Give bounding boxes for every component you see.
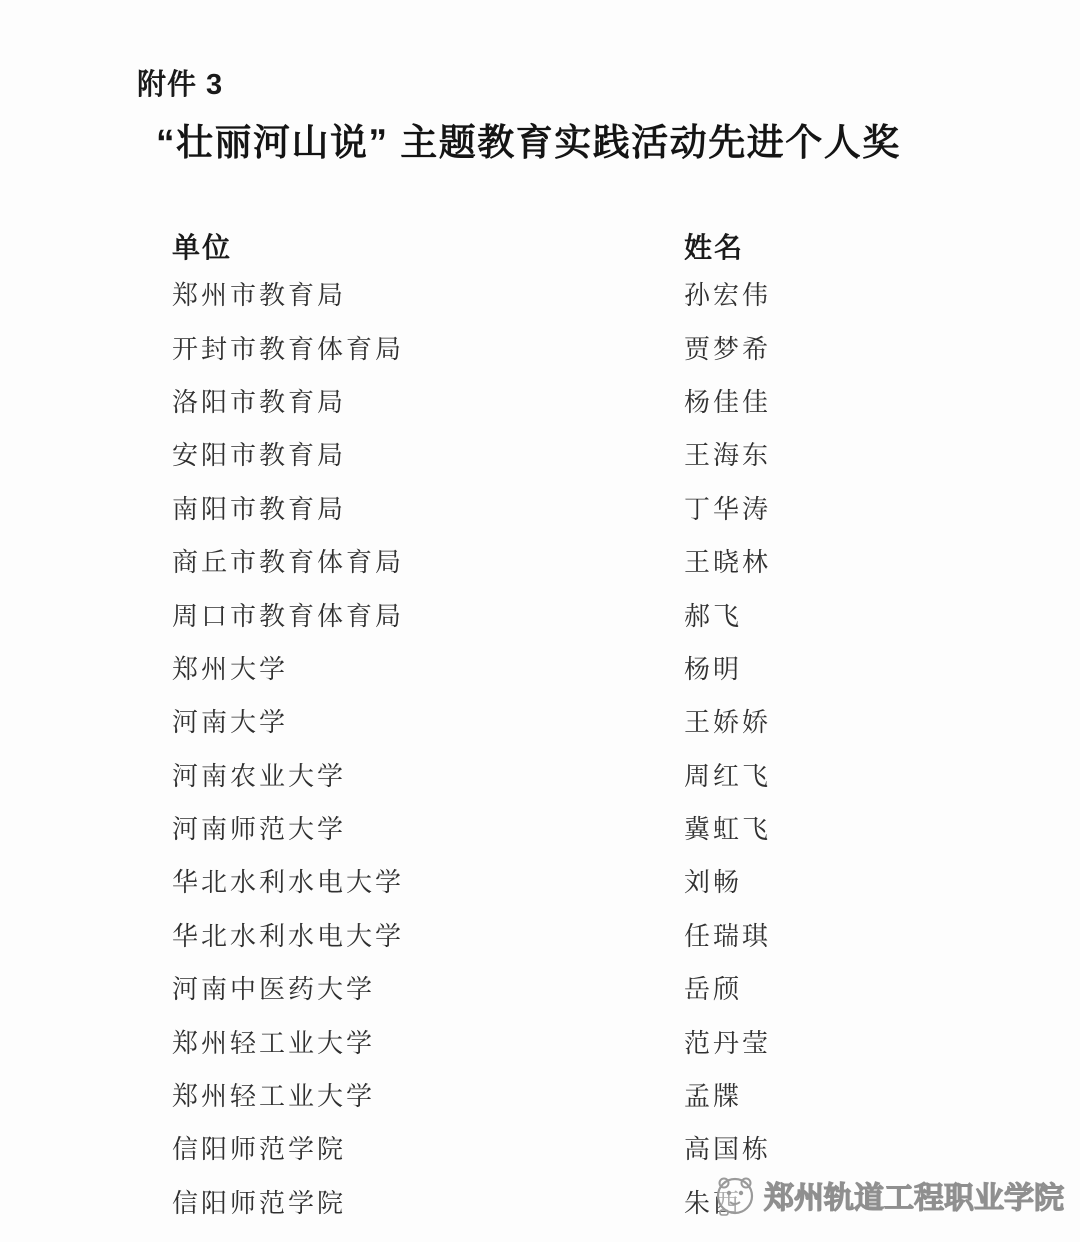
table-row: 洛阳市教育局 杨佳佳 — [172, 374, 1032, 427]
table-row: 商丘市教育体育局 王晓林 — [172, 534, 1032, 587]
name-cell: 王海东 — [684, 435, 1032, 472]
name-cell: 丁华涛 — [684, 489, 1032, 526]
table-row: 华北水利水电大学 刘畅 — [172, 854, 1032, 907]
name-cell: 周红飞 — [684, 756, 1032, 793]
table-header-row: 单位 姓名 — [172, 226, 992, 266]
table-row: 信阳师范学院 朱西 — [172, 1175, 1032, 1228]
unit-cell: 郑州轻工业大学 — [172, 1023, 684, 1060]
name-cell: 王娇娇 — [684, 702, 1032, 739]
unit-cell: 信阳师范学院 — [172, 1183, 684, 1220]
unit-cell: 河南中医药大学 — [172, 969, 684, 1006]
column-header-name: 姓名 — [684, 226, 992, 266]
unit-cell: 安阳市教育局 — [172, 435, 684, 472]
name-cell: 刘畅 — [684, 862, 1032, 899]
table-row: 周口市教育体育局 郝飞 — [172, 587, 1032, 640]
table-row: 信阳师范学院 高国栋 — [172, 1121, 1032, 1174]
attachment-label: 附件 3 — [137, 62, 223, 103]
name-cell: 郝飞 — [684, 596, 1032, 633]
unit-cell: 华北水利水电大学 — [172, 916, 684, 953]
unit-cell: 郑州大学 — [172, 649, 684, 686]
unit-cell: 河南师范大学 — [172, 809, 684, 846]
name-cell: 贾梦希 — [684, 329, 1032, 366]
unit-cell: 南阳市教育局 — [172, 489, 684, 526]
table-row: 郑州轻工业大学 孟牒 — [172, 1068, 1032, 1121]
awards-table: 郑州市教育局 孙宏伟 开封市教育体育局 贾梦希 洛阳市教育局 杨佳佳 安阳市教育… — [172, 267, 1032, 1228]
table-row: 郑州轻工业大学 范丹莹 — [172, 1014, 1032, 1067]
unit-cell: 周口市教育体育局 — [172, 596, 684, 633]
name-cell: 孟牒 — [684, 1076, 1032, 1113]
table-row: 河南中医药大学 岳颀 — [172, 961, 1032, 1014]
unit-cell: 河南农业大学 — [172, 756, 684, 793]
table-row: 郑州市教育局 孙宏伟 — [172, 267, 1032, 320]
name-cell: 冀虹飞 — [684, 809, 1032, 846]
name-cell: 孙宏伟 — [684, 275, 1032, 312]
table-row: 安阳市教育局 王海东 — [172, 427, 1032, 480]
table-row: 河南师范大学 冀虹飞 — [172, 801, 1032, 854]
document-page: 附件 3 “壮丽河山说” 主题教育实践活动先进个人奖 单位 姓名 郑州市教育局 … — [0, 0, 1080, 1242]
name-cell: 杨明 — [684, 649, 1032, 686]
unit-cell: 华北水利水电大学 — [172, 862, 684, 899]
name-cell: 朱西 — [684, 1183, 1032, 1220]
table-row: 南阳市教育局 丁华涛 — [172, 481, 1032, 534]
unit-cell: 洛阳市教育局 — [172, 382, 684, 419]
unit-cell: 商丘市教育体育局 — [172, 542, 684, 579]
unit-cell: 河南大学 — [172, 702, 684, 739]
table-row: 开封市教育体育局 贾梦希 — [172, 320, 1032, 373]
table-row: 河南农业大学 周红飞 — [172, 748, 1032, 801]
table-row: 华北水利水电大学 任瑞琪 — [172, 908, 1032, 961]
name-cell: 任瑞琪 — [684, 916, 1032, 953]
column-header-unit: 单位 — [172, 226, 684, 266]
table-row: 河南大学 王娇娇 — [172, 694, 1032, 747]
page-title: “壮丽河山说” 主题教育实践活动先进个人奖 — [156, 112, 901, 166]
name-cell: 杨佳佳 — [684, 382, 1032, 419]
unit-cell: 信阳师范学院 — [172, 1129, 684, 1166]
name-cell: 王晓林 — [684, 542, 1032, 579]
unit-cell: 开封市教育体育局 — [172, 329, 684, 366]
table-row: 郑州大学 杨明 — [172, 641, 1032, 694]
unit-cell: 郑州轻工业大学 — [172, 1076, 684, 1113]
unit-cell: 郑州市教育局 — [172, 275, 684, 312]
name-cell: 范丹莹 — [684, 1023, 1032, 1060]
name-cell: 岳颀 — [684, 969, 1032, 1006]
name-cell: 高国栋 — [684, 1129, 1032, 1166]
